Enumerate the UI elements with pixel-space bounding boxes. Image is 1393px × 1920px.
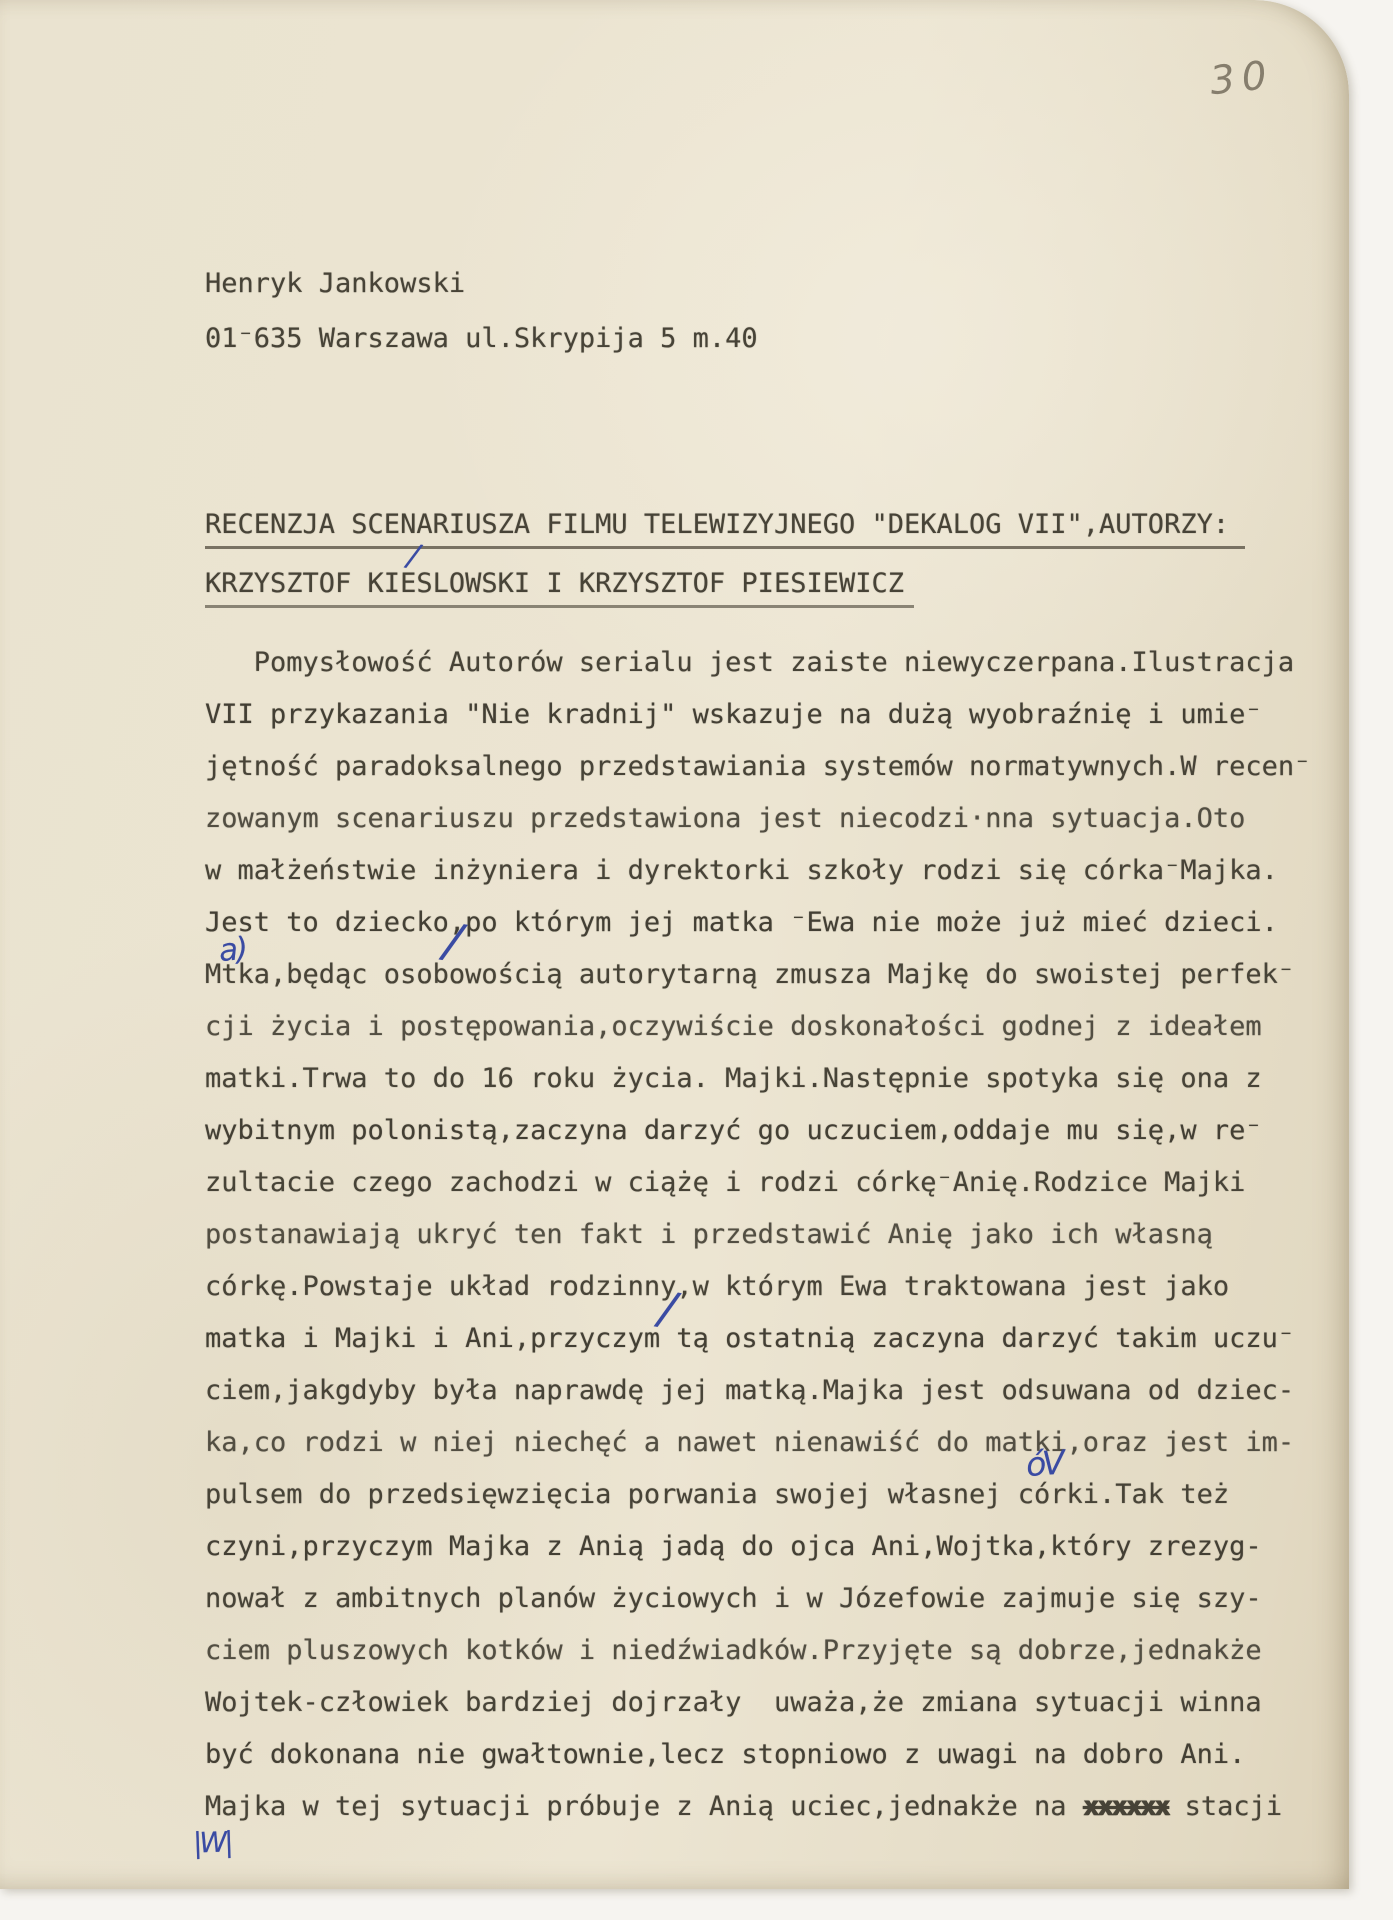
document-title: RECENZJA SCENARIUSZA FILMU TELEWIZYJNEGO… xyxy=(205,510,1245,608)
body-line: VII przykazania "Nie kradnij" wskazuje n… xyxy=(205,692,1310,744)
body-line: zowanym scenariuszu przedstawiona jest n… xyxy=(205,796,1310,848)
body-line: pulsem do przedsięwzięcia porwania swoje… xyxy=(205,1472,1310,1524)
body-line: czyni,przyczym Majka z Anią jadą do ojca… xyxy=(205,1524,1310,1576)
body-line: Majka w tej sytuacji próbuje z Anią ucie… xyxy=(205,1784,1310,1836)
body-line: Mtka,będąc osobowością autorytarną zmusz… xyxy=(205,952,1310,1004)
sender-address: 01⁻635 Warszawa ul.Skrypija 5 m.40 xyxy=(205,311,758,366)
body-line: być dokonana nie gwałtownie,lecz stopnio… xyxy=(205,1732,1310,1784)
body-line: ka,co rodzi w niej niechęć a nawet niena… xyxy=(205,1420,1310,1472)
body-line: w małżeństwie inżyniera i dyrektorki szk… xyxy=(205,848,1310,900)
title-line-1: RECENZJA SCENARIUSZA FILMU TELEWIZYJNEGO… xyxy=(205,510,1245,549)
sender-name: Henryk Jankowski xyxy=(205,256,758,311)
body-line: córkę.Powstaje układ rodzinny,w którym E… xyxy=(205,1264,1310,1316)
scanned-page: Henryk Jankowski 01⁻635 Warszawa ul.Skry… xyxy=(0,0,1393,1920)
body-line: ciem,jakgdyby była naprawdę jej matką.Ma… xyxy=(205,1368,1310,1420)
body-line: jętność paradoksalnego przedstawiania sy… xyxy=(205,744,1310,796)
body-line: zultacie czego zachodzi w ciążę i rodzi … xyxy=(205,1160,1310,1212)
body-line: ciem pluszowych kotków i niedźwiadków.Pr… xyxy=(205,1628,1310,1680)
body-line: Pomysłowość Autorów serialu jest zaiste … xyxy=(205,640,1310,692)
body-line: matki.Trwa to do 16 roku życia. Majki.Na… xyxy=(205,1056,1310,1108)
title-line-2: KRZYSZTOF KIESLOWSKI I KRZYSZTOF PIESIEW… xyxy=(205,569,914,608)
body-line: cji życia i postępowania,oczywiście dosk… xyxy=(205,1004,1310,1056)
correction-over-corki: óV xyxy=(1025,1443,1062,1484)
margin-note-w: |W| xyxy=(192,1825,231,1859)
sender-block: Henryk Jankowski 01⁻635 Warszawa ul.Skry… xyxy=(205,256,758,366)
struck-out-word: xxxxxx xyxy=(1083,1791,1169,1822)
body-line: wybitnym polonistą,zaczyna darzyć go ucz… xyxy=(205,1108,1310,1160)
body-line: nował z ambitnych planów życiowych i w J… xyxy=(205,1576,1310,1628)
body-text: Pomysłowość Autorów serialu jest zaiste … xyxy=(205,640,1310,1836)
paper-sheet: Henryk Jankowski 01⁻635 Warszawa ul.Skry… xyxy=(0,0,1349,1889)
body-line: matka i Majki i Ani,przyczym tą ostatnią… xyxy=(205,1316,1310,1368)
body-line: Jest to dziecko,po którym jej matka ⁻Ewa… xyxy=(205,900,1310,952)
body-line: Wojtek-człowiek bardziej dojrzały uważa,… xyxy=(205,1680,1310,1732)
body-line: postanawiają ukryć ten fakt i przedstawi… xyxy=(205,1212,1310,1264)
handwritten-page-number: 30 xyxy=(1208,53,1276,104)
body-text-segment: Majka w tej sytuacji próbuje z Anią ucie… xyxy=(205,1791,1083,1822)
margin-note-a: a) xyxy=(217,931,247,969)
body-text-segment: stacji xyxy=(1168,1791,1282,1822)
